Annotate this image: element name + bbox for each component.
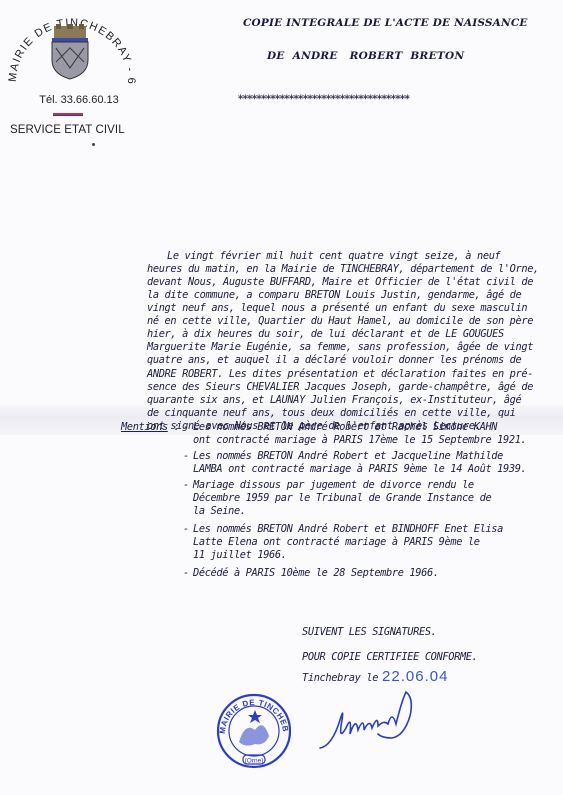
document-title: COPIE INTEGRALE DE L'ACTE DE NAISSANCE [243,17,528,29]
document-title-block: COPIE INTEGRALE DE L'ACTE DE NAISSANCE [243,17,528,29]
certified-copy-note: POUR COPIE CERTIFIEE CONFORME. [302,651,477,663]
ink-dot [92,143,95,146]
place-date: Tinchebray le22.06.04 [302,668,448,685]
letterhead: MAIRIE DE TINCHEBRAY - 61800 Tél. 33.66.… [0,0,160,150]
service-name: SERVICE ETAT CIVIL [10,124,125,136]
handwritten-date: 22.06.04 [382,668,448,685]
record-line: né en cette ville, Quartier du Haut Hame… [147,315,557,328]
bullet-dash: - [183,567,189,580]
mention-line: Mariage dissous par jugement de divorce … [193,479,563,492]
mentions-label: Mentions : [121,421,180,433]
mention-line: LAMBA ont contracté mariage à PARIS 9ème… [193,463,563,476]
mention-line: Décembre 1959 par le Tribunal de Grande … [193,492,563,505]
mention-line: Les nommés BRETON André Robert et BINDHO… [193,523,563,536]
birth-record-text: Le vingt février mil huit cent quatre vi… [147,224,557,446]
mention-item: -Les nommés BRETON André Robert et Jacqu… [193,450,563,476]
mention-line: ont contracté mariage à PARIS 17ème le 1… [193,434,563,447]
mention-item: -Mariage dissous par jugement de divorce… [193,479,563,518]
bullet-dash: - [183,421,189,434]
record-line: quarante six ans, et LAUNAY Julien Franç… [147,394,557,407]
record-line: hier, à dix heures du soir, de lui décla… [147,328,557,341]
coat-of-arms-icon [48,24,92,80]
mention-line: Latte Elena ont contracté mariage à PARI… [193,536,563,549]
star-separator: ************************************* [238,94,409,105]
record-line: heures du matin, en la Mairie de TINCHEB… [147,263,557,276]
mention-line: la Seine. [193,505,563,518]
record-line: Marguerite Marie Eugénie, sa femme, sans… [147,341,557,354]
record-line: la dite commune, a comparu BRETON Louis … [147,289,557,302]
bullet-dash: - [183,450,189,463]
record-line: sence des Sieurs CHEVALIER Jacques Josep… [147,381,557,394]
record-line: vingt neuf ans, lequel nous a présenté u… [147,302,557,315]
mention-line: Les nommés BRETON André Robert et Jacque… [193,450,563,463]
divider [53,113,83,116]
record-line: quatre ans, et auquel il a déclaré voulo… [147,354,557,367]
mention-item: -Décédé à PARIS 10ème le 28 Septembre 19… [193,567,563,580]
mention-item: -Les nommés BRETON André Robert et Rache… [193,421,563,447]
mention-line: Décédé à PARIS 10ème le 28 Septembre 196… [193,567,563,580]
phone-number: Tél. 33.66.60.13 [24,94,134,106]
mention-line: Les nommés BRETON André Robert et Rachel… [193,421,563,434]
record-line: Le vingt février mil huit cent quatre vi… [147,250,557,263]
mention-line: 11 juillet 1966. [193,549,563,562]
svg-text:(Orne): (Orne) [245,758,264,765]
record-line: ANDRE ROBERT. Les dites présentation et … [147,368,557,381]
record-line: devant Nous, Auguste BUFFARD, Maire et O… [147,276,557,289]
bullet-dash: - [183,523,189,536]
bullet-dash: - [183,479,189,492]
mention-item: -Les nommés BRETON André Robert et BINDH… [193,523,563,562]
official-seal-icon: MAIRIE DE TINCHEBRAY (Orne) [215,692,293,770]
mayor-signature [318,690,438,760]
signatures-note: SUIVENT LES SIGNATURES. [302,626,437,638]
record-line: de cinquante neuf ans, tous deux domicil… [147,407,557,420]
document-subtitle: DE ANDRE ROBERT BRETON [267,50,464,62]
